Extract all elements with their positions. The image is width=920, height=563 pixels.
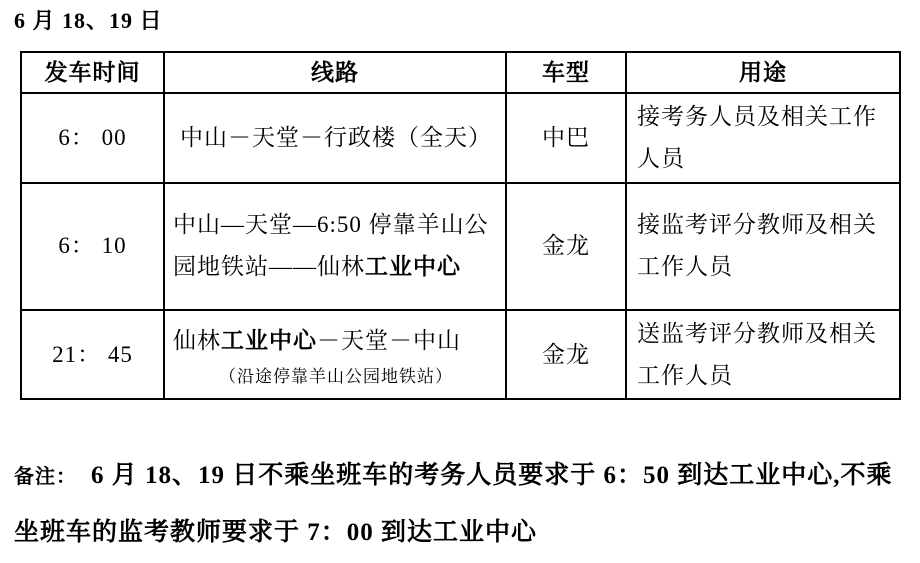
cell-departure-time: 6： 00 xyxy=(21,93,164,183)
col-header-purpose: 用途 xyxy=(626,52,900,93)
cell-vehicle-type: 金龙 xyxy=(506,183,626,310)
remark-label: 备注： xyxy=(14,466,77,488)
cell-route: 中山—天堂—6:50 停靠羊山公园地铁站——仙林工业中心 xyxy=(164,183,506,310)
route-text: 中山－天堂－行政楼（全天） xyxy=(180,125,492,150)
route-text-tail: －天堂－中山 xyxy=(317,328,461,353)
table-row-600: 6： 00 中山－天堂－行政楼（全天） 中巴 接考务人员及相关工作人员 xyxy=(21,93,900,183)
bus-schedule-table: 发车时间 线路 车型 用途 6： 00 中山－天堂－行政楼（全天） 中巴 接考务… xyxy=(20,51,901,400)
route-text: 仙林 xyxy=(173,328,221,353)
cell-route: 中山－天堂－行政楼（全天） xyxy=(164,93,506,183)
document-page: 6 月 18、19 日 发车时间 线路 车型 用途 6： 00 中山－天堂－行政… xyxy=(0,0,920,563)
table-row-2145: 21： 45 仙林工业中心－天堂－中山（沿途停靠羊山公园地铁站） 金龙 送监考评… xyxy=(21,310,900,400)
route-text-bold: 工业中心 xyxy=(365,254,461,279)
page-title: 6 月 18、19 日 xyxy=(14,4,163,35)
remark-text: 6 月 18、19 日不乘坐班车的考务人员要求于 6：50 到达工业中心,不乘坐… xyxy=(14,462,893,546)
cell-purpose: 接考务人员及相关工作人员 xyxy=(626,93,900,183)
table-header-row: 发车时间 线路 车型 用途 xyxy=(21,52,900,93)
col-header-route: 线路 xyxy=(164,52,506,93)
cell-departure-time: 6： 10 xyxy=(21,183,164,310)
cell-route: 仙林工业中心－天堂－中山（沿途停靠羊山公园地铁站） xyxy=(164,310,506,400)
cell-vehicle-type: 中巴 xyxy=(506,93,626,183)
route-stop-note: （沿途停靠羊山公园地铁站） xyxy=(173,364,499,390)
cell-purpose: 送监考评分教师及相关工作人员 xyxy=(626,310,900,400)
col-header-vehicle-type: 车型 xyxy=(506,52,626,93)
col-header-departure-time: 发车时间 xyxy=(21,52,164,93)
route-text-bold: 工业中心 xyxy=(221,328,317,353)
cell-vehicle-type: 金龙 xyxy=(506,310,626,400)
cell-departure-time: 21： 45 xyxy=(21,310,164,400)
table-row-610: 6： 10 中山—天堂—6:50 停靠羊山公园地铁站——仙林工业中心 金龙 接监… xyxy=(21,183,900,310)
remark-note: 备注：6 月 18、19 日不乘坐班车的考务人员要求于 6：50 到达工业中心,… xyxy=(14,448,908,560)
cell-purpose: 接监考评分教师及相关工作人员 xyxy=(626,183,900,310)
